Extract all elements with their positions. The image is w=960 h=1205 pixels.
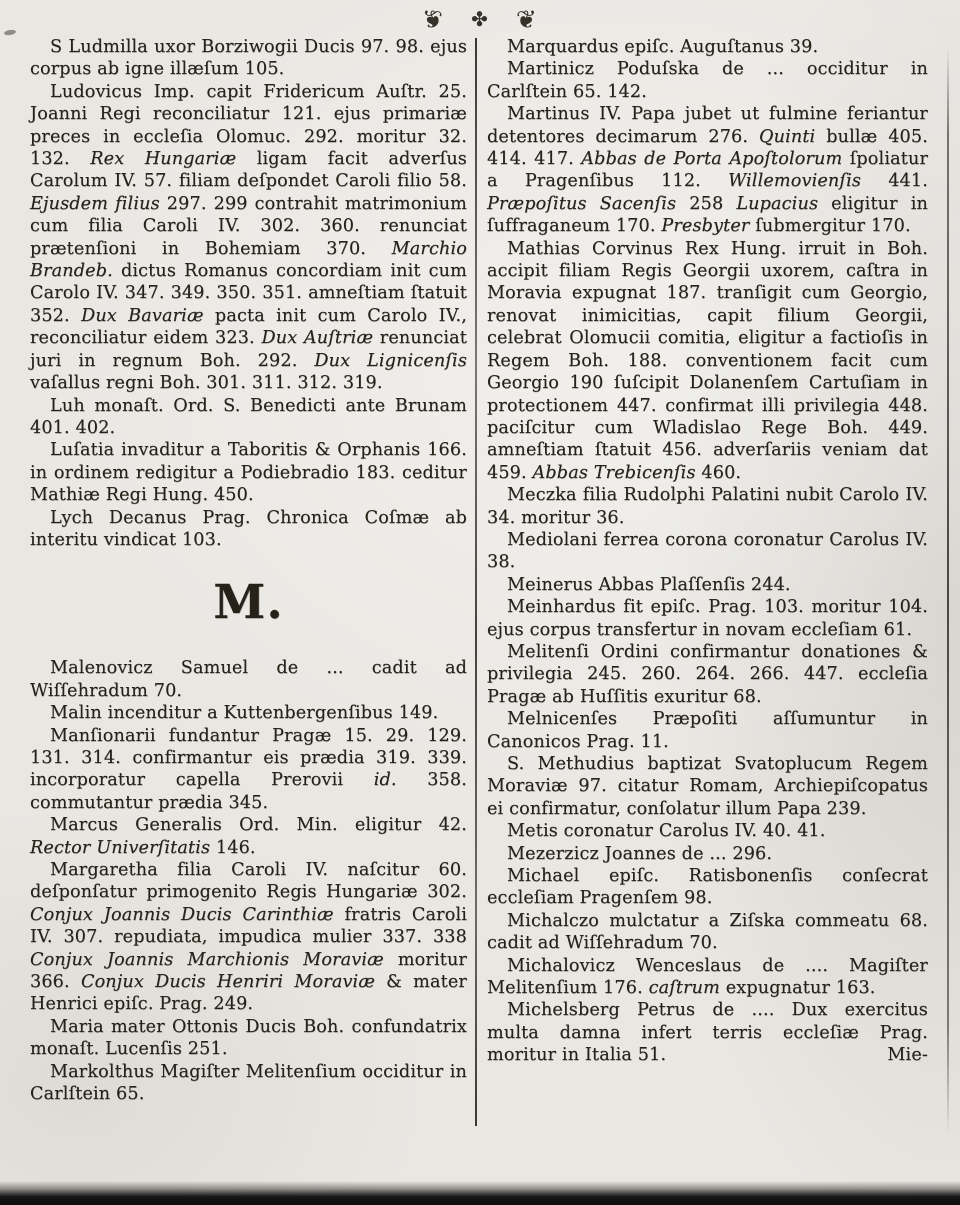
left-column: S Ludmilla uxor Borziwogii Ducis 97. 98.…: [30, 36, 473, 1105]
index-entry: Luh monaſt. Ord. S. Benedicti ante Bruna…: [30, 395, 467, 440]
index-entry: Martinus IV. Papa jubet ut fulmine feria…: [487, 103, 928, 237]
index-entry: Margaretha filia Caroli IV. naſcitur 60.…: [30, 859, 467, 1016]
index-entry: Mezerzicz Joannes de ... 296.: [487, 843, 928, 865]
index-entry: Lych Decanus Prag. Chronica Coſmæ ab int…: [30, 507, 467, 552]
index-entry: Ludovicus Imp. capit Fridericum Auſtr. 2…: [30, 81, 467, 395]
fleuron-left-icon: ❦: [426, 5, 443, 35]
index-entry: Manſionarii fundantur Pragæ 15. 29. 129.…: [30, 725, 467, 815]
index-entry: Melitenſi Ordini confirmantur donationes…: [487, 641, 928, 708]
index-entry: S Ludmilla uxor Borziwogii Ducis 97. 98.…: [30, 36, 467, 81]
index-entry: Marcus Generalis Ord. Min. eligitur 42. …: [30, 814, 467, 859]
index-entry: Maria mater Ottonis Ducis Boh. confundat…: [30, 1016, 467, 1061]
fleuron-right-icon: ❦: [516, 5, 534, 35]
index-entry: Malin incenditur a Kuttenbergenſibus 149…: [30, 702, 467, 724]
index-entry: Michael epiſc. Ratisbonenſis conſecrat e…: [487, 865, 928, 910]
index-entry: Metis coronatur Carolus IV. 40. 41.: [487, 820, 928, 842]
section-letter-heading: M.: [30, 578, 467, 628]
column-divider-rule: [475, 38, 477, 1126]
index-entry: Michalczo mulctatur a Ziſska commeatu 68…: [487, 910, 928, 955]
right-column: Marquardus epiſc. Auguſtanus 39.Martinic…: [479, 36, 928, 1067]
scan-edge-bottom: [0, 1181, 960, 1205]
index-entry: Markolthus Magiſter Melitenſium occiditu…: [30, 1061, 467, 1106]
index-entry: Meczka filia Rudolphi Palatini nubit Car…: [487, 484, 928, 529]
two-column-text-area: S Ludmilla uxor Borziwogii Ducis 97. 98.…: [30, 36, 940, 1126]
catchword: Mie-: [867, 1044, 928, 1066]
index-entry: S. Methudius baptizat Svatoplucum Regem …: [487, 753, 928, 820]
index-entry: Malenovicz Samuel de ... cadit ad Wiſſeh…: [30, 657, 467, 702]
book-page: ❦✤❦ S Ludmilla uxor Borziwogii Ducis 97.…: [0, 0, 960, 1205]
index-entry: Mediolani ferrea corona coronatur Carolu…: [487, 529, 928, 574]
index-entry: Meinerus Abbas Plaſſenſis 244.: [487, 574, 928, 596]
index-entry: Marquardus epiſc. Auguſtanus 39.: [487, 36, 928, 58]
index-entry: Michalovicz Wenceslaus de .... Magiſter …: [487, 955, 928, 1000]
header-ornament: ❦✤❦: [0, 4, 960, 35]
index-entry: Michelsberg Petrus de .... Dux exercitus…: [487, 999, 928, 1066]
index-entry: Melnicenſes Præpoſiti aſſumuntur in Cano…: [487, 708, 928, 753]
fleuron-center-cross-icon: ✤: [471, 4, 488, 34]
scan-edge-right: [947, 48, 949, 1135]
index-entry: Martinicz Poduſska de ... occiditur in C…: [487, 58, 928, 103]
index-entry: Mathias Corvinus Rex Hung. irruit in Boh…: [487, 238, 928, 484]
index-entry: Meinhardus fit epiſc. Prag. 103. moritur…: [487, 596, 928, 641]
index-entry: Luſatia invaditur a Taboritis & Orphanis…: [30, 439, 467, 506]
